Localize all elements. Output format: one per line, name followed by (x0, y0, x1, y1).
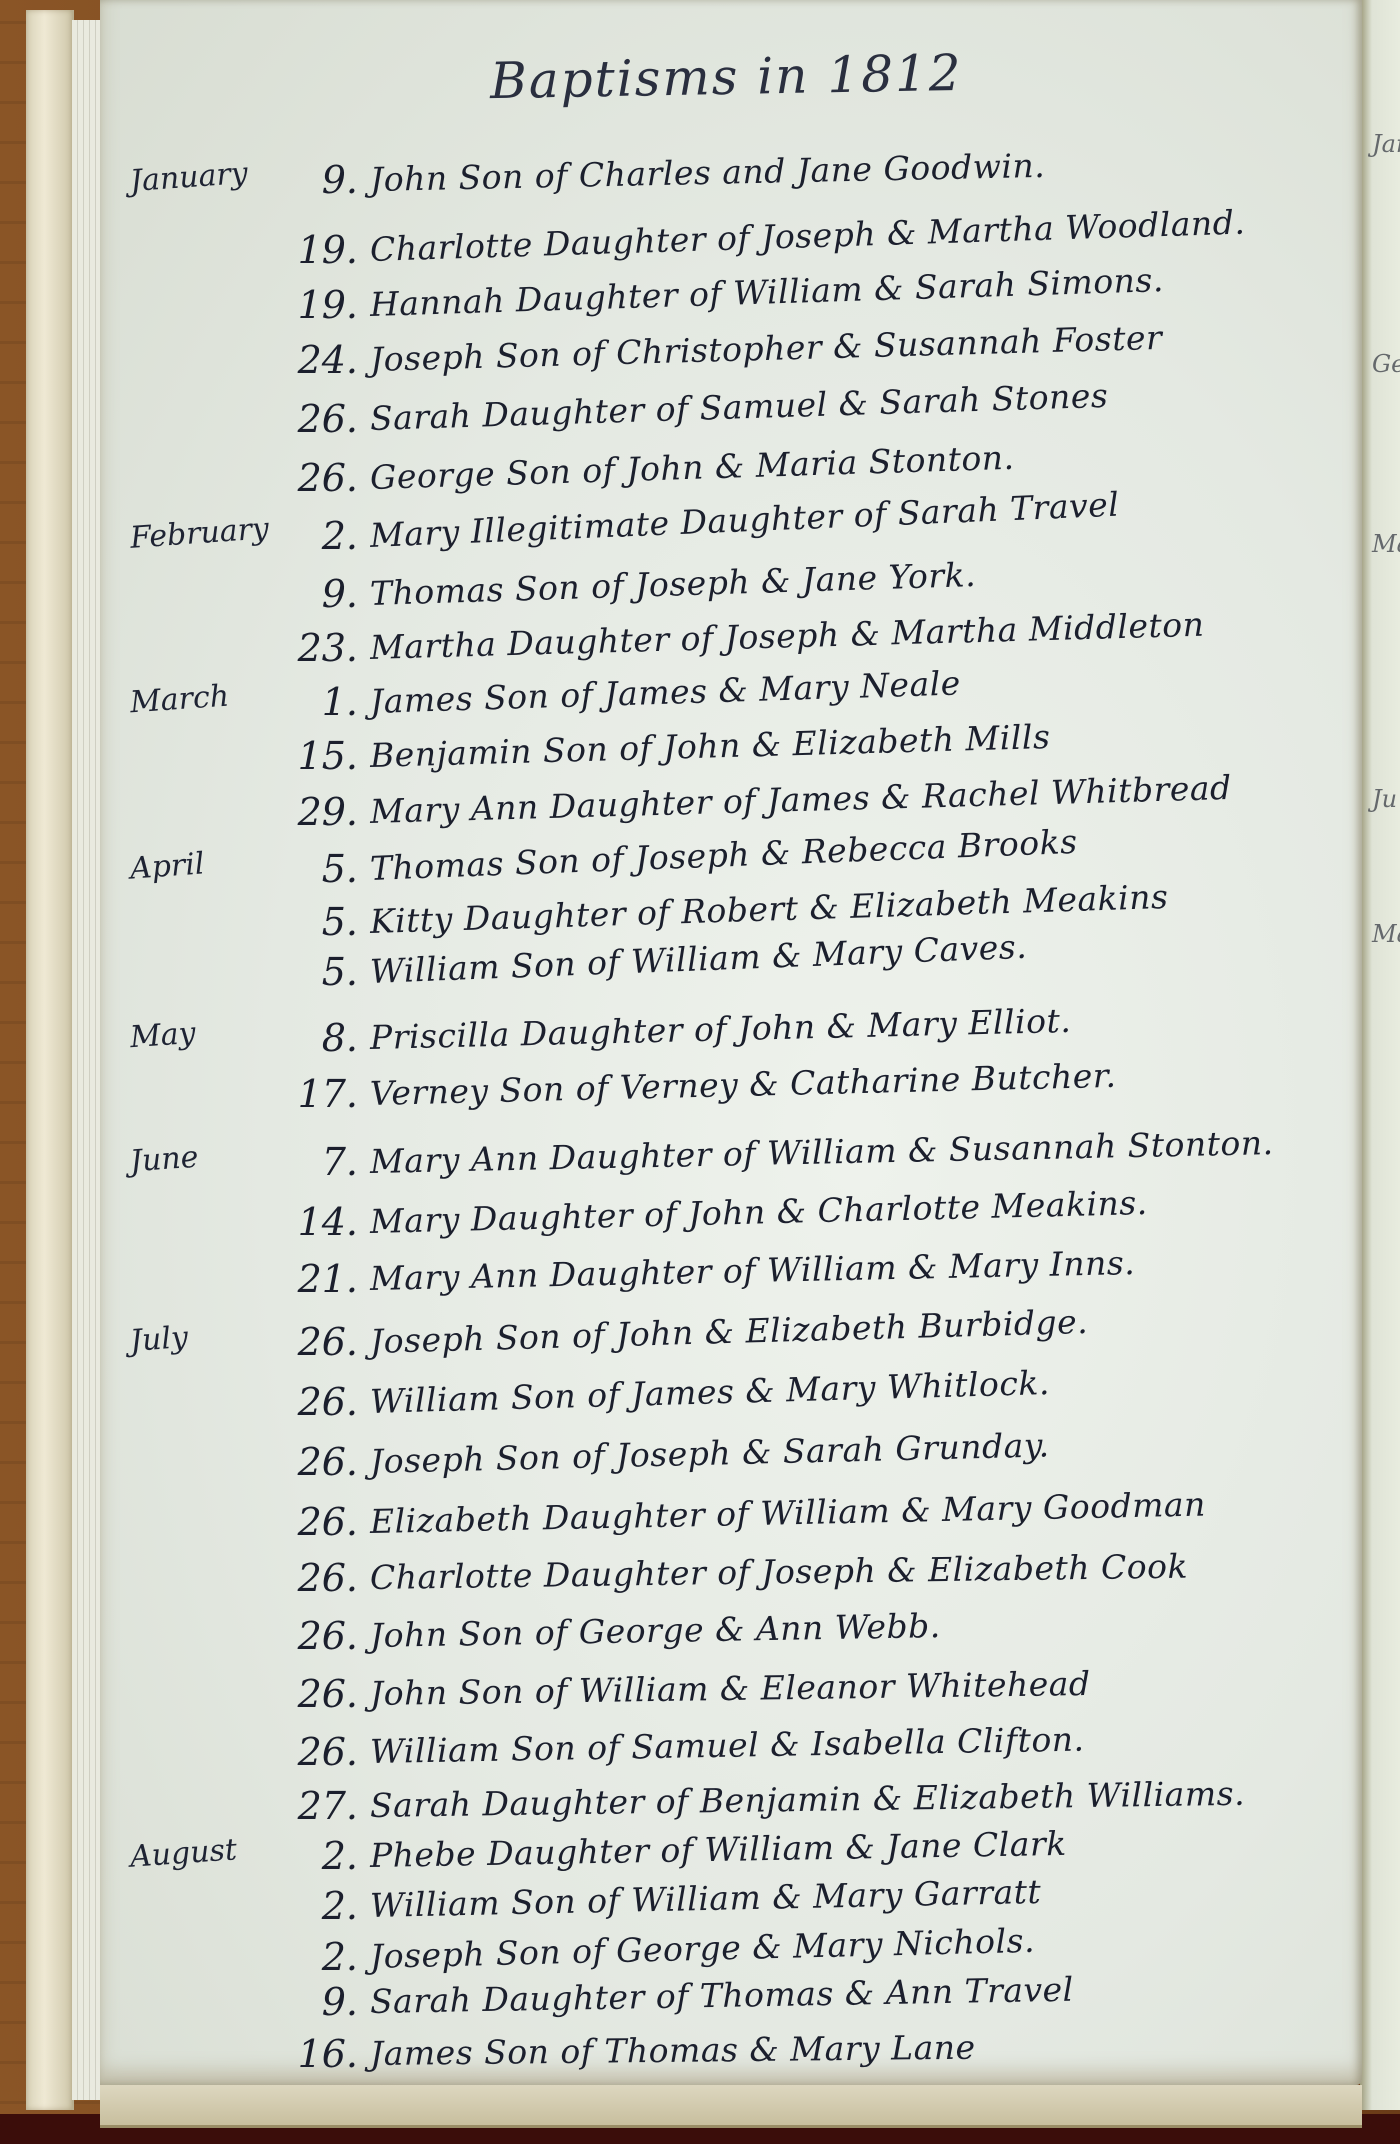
entry-row: 26.John Son of William & Eleanor Whitehe… (100, 1672, 1362, 1712)
book-spine (26, 10, 74, 2110)
entry-row: 15.Benjamin Son of John & Elizabeth Mill… (100, 734, 1362, 774)
baptism-entry-text: Verney Son of Verney & Catharine Butcher… (370, 1056, 1117, 1113)
baptism-entry-text: John Son of George & Ann Webb. (370, 1606, 941, 1655)
entry-row: July26.Joseph Son of John & Elizabeth Bu… (100, 1320, 1362, 1360)
day-number: 2. (278, 514, 358, 558)
baptism-entry-text: Charlotte Daughter of Joseph & Elizabeth… (370, 1547, 1188, 1597)
day-number: 26. (278, 1500, 358, 1544)
entry-row: 5.William Son of William & Mary Caves. (100, 950, 1362, 990)
entry-row: June7.Mary Ann Daughter of William & Sus… (100, 1140, 1362, 1180)
day-number: 26. (278, 1380, 358, 1424)
day-number: 17. (278, 1072, 358, 1116)
baptism-entry-text: Hannah Daughter of William & Sarah Simon… (369, 260, 1164, 324)
facing-page-fragment: Jan (1372, 130, 1400, 158)
facing-page-fragment: Ju (1372, 785, 1397, 813)
day-number: 26. (278, 397, 358, 441)
entry-row: 21.Mary Ann Daughter of William & Mary I… (100, 1257, 1362, 1297)
entry-row: March1.James Son of James & Mary Neale (100, 680, 1362, 720)
page-stack-edge (72, 20, 102, 2100)
entry-row: 26.Sarah Daughter of Samuel & Sarah Ston… (100, 397, 1362, 437)
entry-row: 5.Kitty Daughter of Robert & Elizabeth M… (100, 900, 1362, 940)
entry-row: February2.Mary Illegitimate Daughter of … (100, 514, 1362, 554)
day-number: 8. (278, 1016, 358, 1060)
entry-row: 2.Joseph Son of George & Mary Nichols. (100, 1935, 1362, 1975)
entry-row: 9.Sarah Daughter of Thomas & Ann Travel (100, 1980, 1362, 2020)
baptism-entry-text: George Son of John & Maria Stonton. (369, 438, 1015, 497)
day-number: 26. (278, 1440, 358, 1484)
facing-page-fragment: Ma (1372, 920, 1400, 948)
day-number: 26. (278, 1730, 358, 1774)
day-number: 2. (278, 1834, 358, 1878)
day-number: 15. (278, 734, 358, 778)
entry-row: 19.Charlotte Daughter of Joseph & Martha… (100, 228, 1362, 268)
day-number: 5. (278, 950, 358, 994)
entry-row: January9.John Son of Charles and Jane Go… (100, 158, 1362, 198)
baptism-entry-text: William Son of William & Mary Garratt (370, 1872, 1042, 1925)
entry-row: 27.Sarah Daughter of Benjamin & Elizabet… (100, 1784, 1362, 1824)
day-number: 14. (278, 1200, 358, 1244)
register-page: Baptisms in 1812 January9.John Son of Ch… (100, 0, 1362, 2085)
month-label: March (129, 679, 230, 721)
baptism-entry-text: James Son of James & Mary Neale (369, 663, 961, 721)
day-number: 5. (278, 847, 358, 891)
baptism-entry-text: William Son of James & Mary Whitlock. (369, 1363, 1050, 1421)
month-label: May (129, 1016, 197, 1055)
baptism-entry-text: Sarah Daughter of Benjamin & Elizabeth W… (370, 1774, 1246, 1825)
entry-row: 29.Mary Ann Daughter of James & Rachel W… (100, 790, 1362, 830)
baptism-entry-text: Elizabeth Daughter of William & Mary Goo… (370, 1484, 1207, 1540)
month-label: August (129, 1832, 238, 1874)
baptism-entry-text: Benjamin Son of John & Elizabeth Mills (369, 717, 1050, 775)
entry-row: 26.George Son of John & Maria Stonton. (100, 456, 1362, 496)
baptism-entry-text: Phebe Daughter of William & Jane Clark (370, 1824, 1067, 1875)
day-number: 27. (278, 1784, 358, 1828)
baptism-entry-text: John Son of William & Eleanor Whitehead (370, 1664, 1091, 1713)
month-label: February (129, 511, 270, 556)
entry-row: 14.Mary Daughter of John & Charlotte Mea… (100, 1200, 1362, 1240)
day-number: 16. (278, 2032, 358, 2076)
facing-page-fragment: Geo (1372, 350, 1400, 378)
page-bottom-curl (100, 2085, 1362, 2128)
entry-row: 26.Joseph Son of Joseph & Sarah Grunday. (100, 1440, 1362, 1480)
day-number: 23. (278, 626, 358, 670)
month-label: January (129, 156, 249, 199)
day-number: 9. (278, 572, 358, 616)
day-number: 26. (278, 1614, 358, 1658)
month-label: June (129, 1140, 200, 1180)
entry-row: April5.Thomas Son of Joseph & Rebecca Br… (100, 847, 1362, 887)
day-number: 26. (278, 456, 358, 500)
entry-row: 26.Elizabeth Daughter of William & Mary … (100, 1500, 1362, 1540)
baptism-entry-text: Martha Daughter of Joseph & Martha Middl… (369, 605, 1204, 667)
day-number: 2. (278, 1884, 358, 1928)
baptism-entry-text: Mary Ann Daughter of William & Mary Inns… (370, 1243, 1136, 1298)
day-number: 19. (278, 283, 358, 327)
entry-row: 19.Hannah Daughter of William & Sarah Si… (100, 283, 1362, 323)
baptism-entry-text: Thomas Son of Joseph & Rebecca Brooks (369, 822, 1078, 888)
page-title: Baptisms in 1812 (490, 44, 964, 110)
baptism-entry-text: Charlotte Daughter of Joseph & Martha Wo… (369, 203, 1245, 269)
day-number: 9. (278, 1980, 358, 2024)
entry-row: 17.Verney Son of Verney & Catharine Butc… (100, 1072, 1362, 1112)
day-number: 26. (278, 1672, 358, 1716)
month-label: July (129, 1320, 189, 1359)
entry-row: August2.Phebe Daughter of William & Jane… (100, 1834, 1362, 1874)
day-number: 26. (278, 1320, 358, 1364)
baptism-entry-text: Joseph Son of George & Mary Nichols. (370, 1921, 1036, 1976)
entry-row: 24.Joseph Son of Christopher & Susannah … (100, 338, 1362, 378)
day-number: 24. (278, 338, 358, 382)
facing-page-edge: Jan Geo Ma Ju Ma (1360, 0, 1400, 2110)
entry-row: 23.Martha Daughter of Joseph & Martha Mi… (100, 626, 1362, 666)
month-label: April (129, 846, 206, 886)
day-number: 2. (278, 1935, 358, 1979)
day-number: 1. (278, 680, 358, 724)
entry-row: 26.William Son of James & Mary Whitlock. (100, 1380, 1362, 1420)
day-number: 29. (278, 790, 358, 834)
baptism-entry-text: Joseph Son of John & Elizabeth Burbidge. (369, 1302, 1088, 1361)
baptism-entry-text: Joseph Son of Christopher & Susannah Fos… (369, 318, 1162, 379)
baptism-entry-text: Sarah Daughter of Samuel & Sarah Stones (369, 376, 1108, 438)
baptism-entry-text: James Son of Thomas & Mary Lane (370, 2028, 976, 2073)
baptism-entry-text: Mary Daughter of John & Charlotte Meakin… (370, 1183, 1149, 1241)
entry-row: 26.John Son of George & Ann Webb. (100, 1614, 1362, 1654)
day-number: 19. (278, 228, 358, 272)
entry-row: 2.William Son of William & Mary Garratt (100, 1884, 1362, 1924)
baptism-entry-text: John Son of Charles and Jane Goodwin. (370, 146, 1046, 199)
baptism-entry-text: Sarah Daughter of Thomas & Ann Travel (370, 1970, 1074, 2021)
day-number: 7. (278, 1140, 358, 1184)
day-number: 9. (278, 158, 358, 202)
baptism-entry-text: Joseph Son of Joseph & Sarah Grunday. (370, 1425, 1050, 1481)
facing-page-fragment: Ma (1372, 530, 1400, 558)
baptism-entry-text: William Son of Samuel & Isabella Clifton… (370, 1720, 1085, 1771)
day-number: 5. (278, 900, 358, 944)
entry-row: 26.Charlotte Daughter of Joseph & Elizab… (100, 1556, 1362, 1596)
entry-row: May8.Priscilla Daughter of John & Mary E… (100, 1016, 1362, 1056)
baptism-entry-text: Thomas Son of Joseph & Jane York. (369, 555, 976, 613)
day-number: 26. (278, 1556, 358, 1600)
entry-row: 16.James Son of Thomas & Mary Lane (100, 2032, 1362, 2072)
baptism-entry-text: Mary Ann Daughter of James & Rachel Whit… (369, 768, 1232, 831)
baptism-entry-text: Mary Ann Daughter of William & Susannah … (370, 1123, 1274, 1181)
entry-row: 26.William Son of Samuel & Isabella Clif… (100, 1730, 1362, 1770)
day-number: 21. (278, 1257, 358, 1301)
baptism-entry-text: Priscilla Daughter of John & Mary Elliot… (370, 1001, 1072, 1057)
